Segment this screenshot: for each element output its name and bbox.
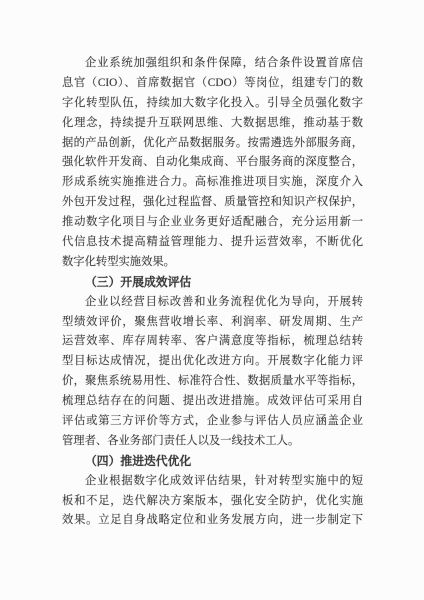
text-line: 据的产品创新，优化产品数据服务。按需遴选外部服务商， <box>62 134 363 154</box>
text-line: 推动数字化项目与企业业务更好适配融合，充分运用新一 <box>62 213 363 233</box>
section-heading: （三）开展成效评估 <box>62 273 363 293</box>
text-line: 板和不足，迭代解决方案版本，强化安全防护，优化实施 <box>62 492 363 512</box>
text-line: 强化软件开发商、自动化集成商、平台服务商的深度整合， <box>62 153 363 173</box>
text-line: 型绩效评价，聚焦营收增长率、利润率、研发周期、生产 <box>62 313 363 333</box>
text-line: 企业以经营目标改善和业务流程优化为导向，开展转 <box>62 293 363 313</box>
text-line: 价，聚焦系统易用性、标准符合性、数据质量水平等指标， <box>62 372 363 392</box>
text-line: 运营效率、库存周转率、客户满意度等指标，梳理总结转 <box>62 332 363 352</box>
document-page: 企业系统加强组织和条件保障，结合条件设置首席信息官（CIO）、首席数据官（CDO… <box>0 0 424 600</box>
text-line: 评估或第三方评价等方式，企业参与评估人员应涵盖企业 <box>62 412 363 432</box>
text-line: 字化转型队伍，持续加大数字化投入。引导全员强化数字 <box>62 94 363 114</box>
text-line: 息官（CIO）、首席数据官（CDO）等岗位，组建专门的数 <box>62 74 363 94</box>
text-line: 代信息技术提高精益管理能力、提升运营效率，不断优化 <box>62 233 363 253</box>
text-line: 企业根据数字化成效评估结果，针对转型实施中的短 <box>62 472 363 492</box>
text-line: 型目标达成情况，提出优化改进方向。开展数字化能力评 <box>62 352 363 372</box>
text-line: 管理者、各业务部门责任人以及一线技术工人。 <box>62 432 363 452</box>
text-line: 效果。立足自身战略定位和业务发展方向，进一步制定下 <box>62 511 363 531</box>
text-line: 企业系统加强组织和条件保障，结合条件设置首席信 <box>62 54 363 74</box>
text-block: 企业系统加强组织和条件保障，结合条件设置首席信息官（CIO）、首席数据官（CDO… <box>62 54 363 531</box>
section-heading: （四）推进迭代优化 <box>62 452 363 472</box>
text-line: 外包开发过程，强化过程监督、质量管控和知识产权保护， <box>62 193 363 213</box>
text-line: 化理念，持续提升互联网思维、大数据思维，推动基于数 <box>62 114 363 134</box>
text-line: 形成系统实施推进合力。高标准推进项目实施，深度介入 <box>62 173 363 193</box>
text-line: 数字化转型实施效果。 <box>62 253 363 273</box>
text-line: 梳理总结存在的问题、提出改进措施。成效评估可采用自 <box>62 392 363 412</box>
